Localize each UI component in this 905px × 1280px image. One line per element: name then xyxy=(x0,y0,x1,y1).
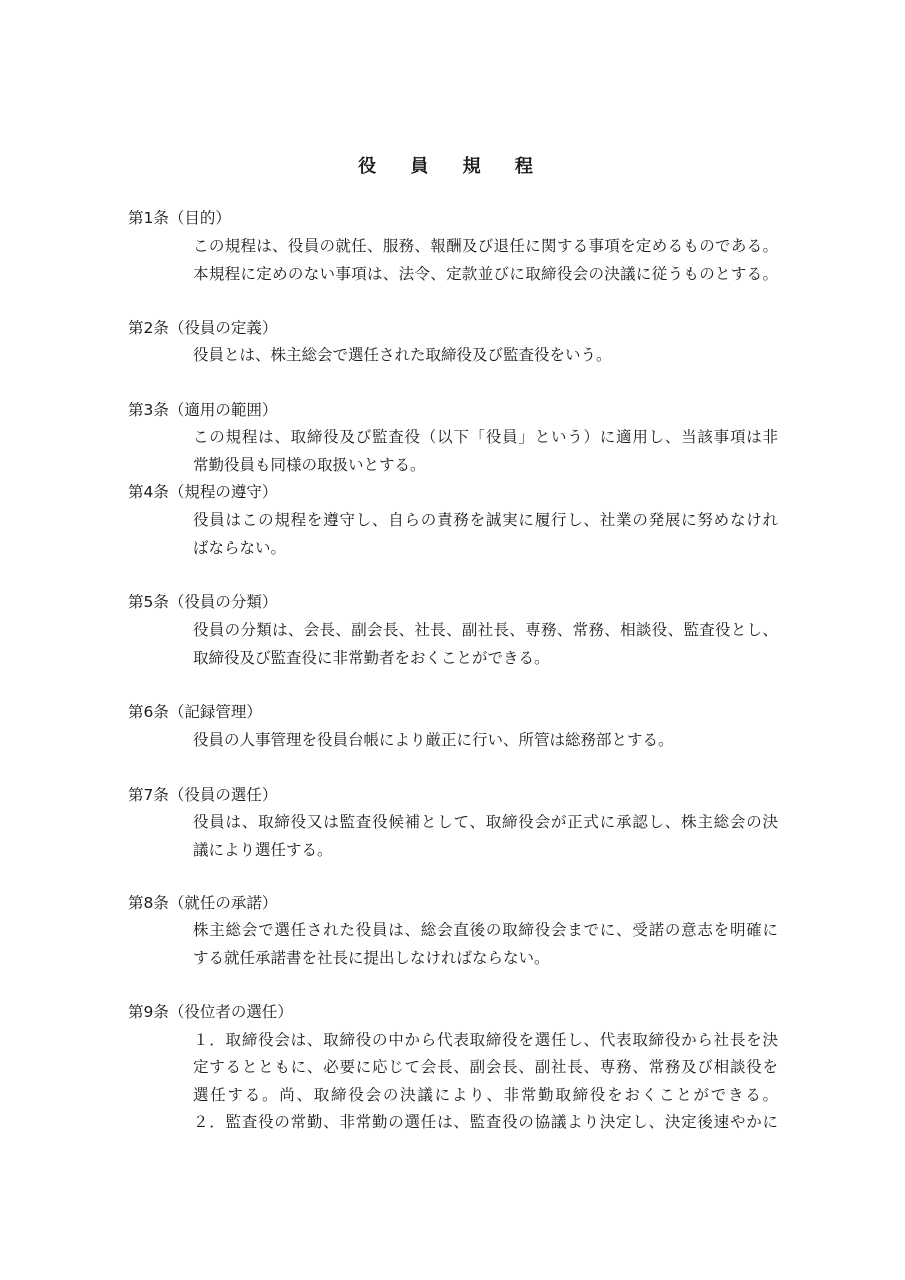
document-title: 役 員 規 程 xyxy=(0,152,905,178)
article-6-heading: 第6条（記録管理） xyxy=(128,702,262,722)
article-9-line-3: 選任する。尚、取締役会の決議により、非常勤取締役をおくことができる。 xyxy=(193,1085,778,1105)
article-8-line-2: する就任承諾書を社長に提出しなければならない。 xyxy=(193,948,778,968)
article-3-line-1: この規程は、取締役及び監査役（以下「役員」という）に適用し、当該事項は非 xyxy=(193,427,778,447)
article-5-line-2: 取締役及び監査役に非常勤者をおくことができる。 xyxy=(193,648,778,668)
article-9-line-2: 定するとともに、必要に応じて会長、副会長、副社長、専務、常務及び相談役を xyxy=(193,1057,778,1077)
article-9-line-1: １．取締役会は、取締役の中から代表取締役を選任し、代表取締役から社長を決 xyxy=(193,1030,778,1050)
article-1-line-1: この規程は、役員の就任、服務、報酬及び退任に関する事項を定めるものである。 xyxy=(193,236,778,256)
article-1-heading: 第1条（目的） xyxy=(128,208,231,228)
article-8-heading: 第8条（就任の承諾） xyxy=(128,893,277,913)
article-2-heading: 第2条（役員の定義） xyxy=(128,318,277,338)
article-7-line-2: 議により選任する。 xyxy=(193,840,778,860)
article-5-heading: 第5条（役員の分類） xyxy=(128,592,277,612)
article-2-line-1: 役員とは、株主総会で選任された取締役及び監査役をいう。 xyxy=(193,345,778,365)
article-9-heading: 第9条（役位者の選任） xyxy=(128,1002,293,1022)
article-7-line-1: 役員は、取締役又は監査役候補として、取締役会が正式に承認し、株主総会の決 xyxy=(193,812,778,832)
article-3-heading: 第3条（適用の範囲） xyxy=(128,400,277,420)
document-page: 役 員 規 程 第1条（目的） この規程は、役員の就任、服務、報酬及び退任に関す… xyxy=(0,0,905,1280)
article-7-heading: 第7条（役員の選任） xyxy=(128,785,277,805)
article-5-line-1: 役員の分類は、会長、副会長、社長、副社長、専務、常務、相談役、監査役とし、 xyxy=(193,620,778,640)
article-3-line-2: 常勤役員も同様の取扱いとする。 xyxy=(193,455,778,475)
article-4-line-2: ばならない。 xyxy=(193,538,778,558)
article-6-line-1: 役員の人事管理を役員台帳により厳正に行い、所管は総務部とする。 xyxy=(193,730,778,750)
article-8-line-1: 株主総会で選任された役員は、総会直後の取締役会までに、受諾の意志を明確に xyxy=(193,920,778,940)
article-4-line-1: 役員はこの規程を遵守し、自らの責務を誠実に履行し、社業の発展に努めなけれ xyxy=(193,510,778,530)
article-4-heading: 第4条（規程の遵守） xyxy=(128,482,277,502)
article-1-line-2: 本規程に定めのない事項は、法令、定款並びに取締役会の決議に従うものとする。 xyxy=(193,264,778,284)
article-9-line-4: ２．監査役の常勤、非常勤の選任は、監査役の協議より決定し、決定後速やかに xyxy=(193,1112,778,1132)
